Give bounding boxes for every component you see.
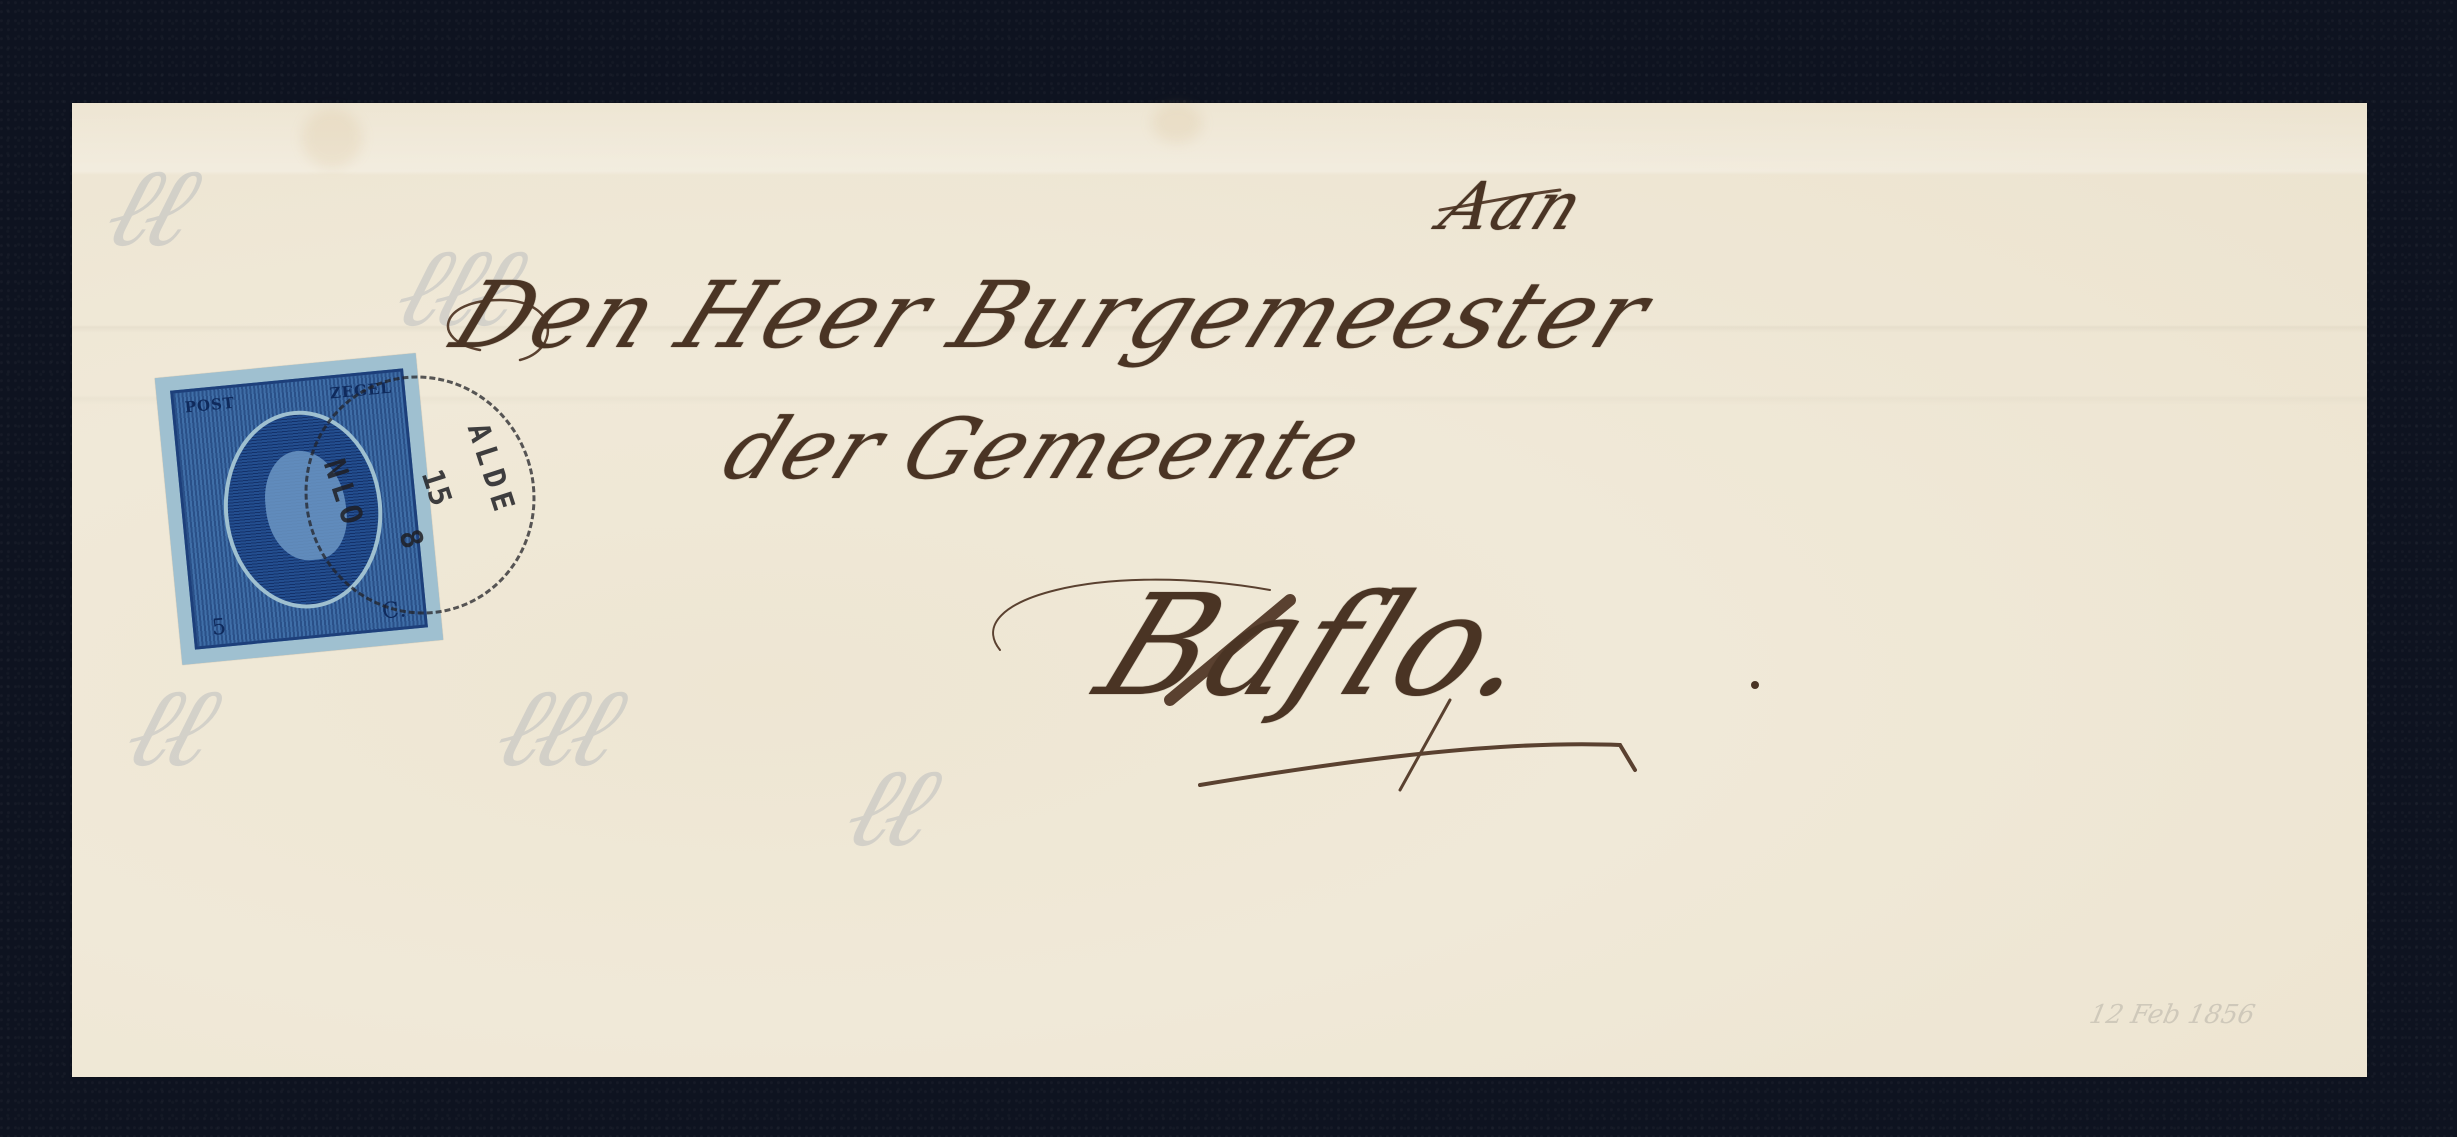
address-recipient: Den Heer Burgemeester [438,262,1665,369]
pencil-annotation: 12 Feb 1856 [2087,1000,2258,1030]
address-destination: Baflo. [1077,565,1564,728]
stamp-value: 5 [211,615,228,641]
stamp-label-post: POST [184,394,236,417]
address-municipality: der Gemeente [710,400,1377,498]
